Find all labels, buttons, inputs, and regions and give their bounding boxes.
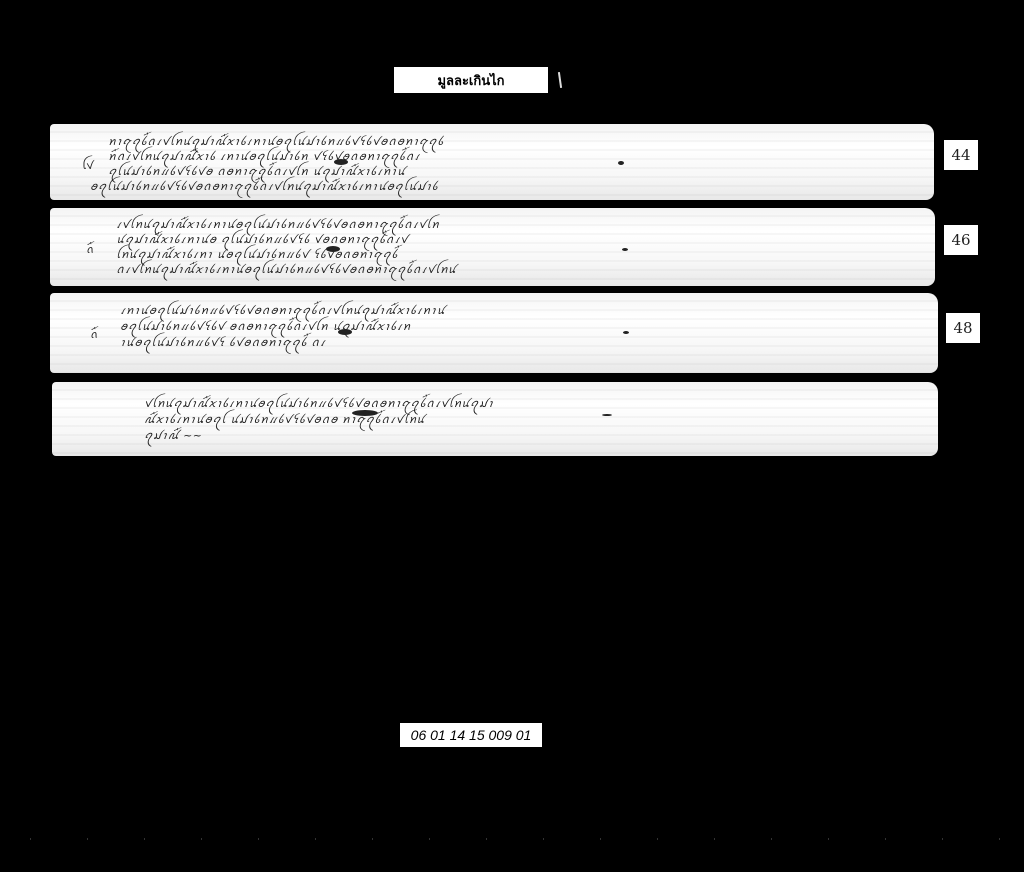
catalog-id-label: 06 01 14 15 009 01	[400, 723, 542, 747]
string-hole	[334, 159, 348, 165]
string-hole	[622, 248, 628, 251]
text-line: ꪱꪙꪮꪖꪶꪙꪣꪱꪉꪀꪵꪉꪚꪺ ꪉꪚꪮꪒꪮꪀꪱꪋꪖꪉꪸ ꪒꪹ	[120, 331, 680, 355]
page-label-44: 44	[944, 140, 978, 170]
string-hole	[338, 329, 352, 335]
string-hole	[618, 161, 624, 165]
tick-mark	[558, 72, 562, 88]
margin-number: ꪒꪸ	[86, 238, 94, 262]
edge-artifacts	[0, 838, 1024, 840]
page-label-48: 48	[946, 313, 980, 343]
string-hole	[326, 246, 340, 252]
manuscript-leaf-4: ꪚꪶꪀꪙꪖꪣꪱꪄꪸꪎꪱꪉꪹꪀꪱꪙꪮꪖꪶꪙꪣꪱꪉꪀꪵꪉꪚꪺꪉꪚꪮꪒꪮꪀꪱꪋꪖꪉꪸꪒ…	[52, 382, 938, 456]
margin-number: ꪒꪸ	[90, 323, 98, 347]
manuscript-leaf-3: ꪒꪸ ꪹꪀꪱꪙꪮꪖꪶꪙꪣꪱꪉꪀꪵꪉꪚꪺꪉꪚꪮꪒꪮꪀꪱꪋꪖꪉꪸꪒꪹꪚꪶꪀꪙꪖꪣꪱꪄ…	[50, 293, 938, 373]
string-hole	[602, 414, 612, 416]
text-line: ꪮꪖꪶꪙꪣꪱꪉꪀꪵꪉꪚꪺꪉꪚꪮꪒꪮꪀꪱꪋꪖꪉꪸꪒꪹꪚꪶꪀꪙꪖꪣꪱꪄꪸꪎꪱꪉꪹꪀꪱ…	[90, 175, 920, 199]
page-label-46: 46	[944, 225, 978, 255]
text-line: ꪖꪣꪱꪄꪸ ~~	[144, 424, 344, 448]
manuscript-leaf-1: ꪶꪚ ꪀꪱꪋꪖꪉꪸꪒꪹꪚꪶꪀꪙꪖꪣꪱꪄꪸꪎꪱꪉꪹꪀꪱꪙꪮꪖꪶꪙꪣꪱꪉꪀꪵꪉꪚꪺꪉ…	[50, 124, 934, 200]
title-label: มูลละเกินไก	[394, 67, 548, 93]
string-hole	[623, 331, 629, 334]
manuscript-leaf-2: ꪒꪸ ꪹꪚꪶꪀꪙꪖꪣꪱꪄꪸꪎꪱꪉꪹꪀꪱꪙꪮꪖꪶꪙꪣꪱꪉꪀꪵꪉꪚꪺꪉꪚꪮꪒꪮꪀꪱꪋ…	[50, 208, 935, 286]
text-line: ꪒꪹꪚꪶꪀꪙꪖꪣꪱꪄꪸꪎꪱꪉꪹꪀꪱꪙꪮꪖꪶꪙꪣꪱꪉꪀꪵꪉꪚꪺꪉꪚꪮꪒꪮꪀꪱꪋꪖꪉ…	[116, 258, 916, 282]
string-hole	[352, 410, 378, 416]
